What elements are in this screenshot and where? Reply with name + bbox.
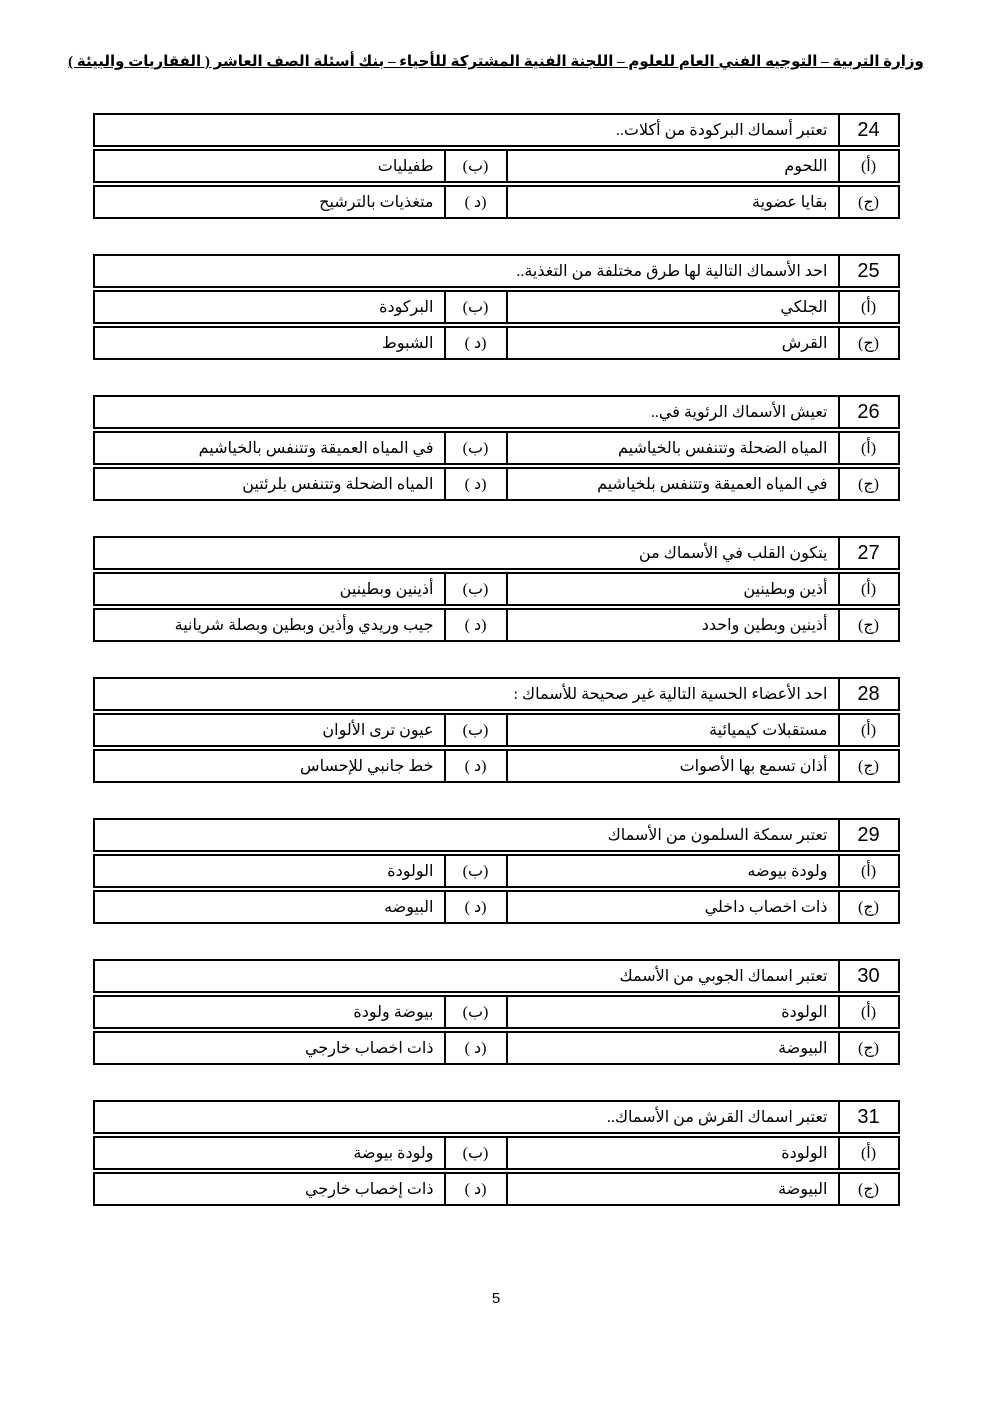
options-row-ab: (أ) الولودة (ب) بيوضة ولودة <box>93 995 900 1029</box>
option-a-label: (أ) <box>838 151 898 181</box>
option-d-text: ذات إخصاب خارجي <box>95 1174 444 1204</box>
option-b-label: (ب) <box>444 715 506 745</box>
option-b-text: في المياه العميقة وتتنفس بالخياشيم <box>95 433 444 463</box>
exam-page: { "header": { "title": "وزارة التربية – … <box>0 0 992 1403</box>
question-row: 27 يتكون القلب في الأسماك من <box>93 536 900 570</box>
option-b-label: (ب) <box>444 997 506 1027</box>
question-row: 24 تعتبر أسماك البركودة من أكلات.. <box>93 113 900 147</box>
option-d-label: (د ) <box>444 1174 506 1204</box>
option-d-text: البيوضه <box>95 892 444 922</box>
option-a-label: (أ) <box>838 574 898 604</box>
option-d-label: (د ) <box>444 187 506 217</box>
question-number: 26 <box>838 397 898 427</box>
options-row-cd: (ج) البيوضة (د ) ذات اخصاب خارجي <box>93 1031 900 1065</box>
option-c-text: القرش <box>506 328 838 358</box>
question-block-24: 24 تعتبر أسماك البركودة من أكلات.. (أ) ا… <box>93 113 900 219</box>
question-row: 25 احد الأسماك التالية لها طرق مختلفة من… <box>93 254 900 288</box>
option-d-text: الشبوط <box>95 328 444 358</box>
option-d-label: (د ) <box>444 892 506 922</box>
options-row-cd: (ج) البيوضة (د ) ذات إخصاب خارجي <box>93 1172 900 1206</box>
question-text: تعتبر اسماك الجوبي من الأسمك <box>95 961 838 991</box>
options-row-cd: (ج) في المياه العميقة وتتنفس بلخياشيم (د… <box>93 467 900 501</box>
option-a-label: (أ) <box>838 856 898 886</box>
option-c-label: (ج) <box>838 1174 898 1204</box>
question-number: 25 <box>838 256 898 286</box>
question-text: تعتبر اسماك القرش من الأسماك.. <box>95 1102 838 1132</box>
question-text: احد الأسماك التالية لها طرق مختلفة من ال… <box>95 256 838 286</box>
option-a-text: أذين وبطينين <box>506 574 838 604</box>
options-row-ab: (أ) الجلكي (ب) البركودة <box>93 290 900 324</box>
options-row-ab: (أ) اللحوم (ب) طفيليات <box>93 149 900 183</box>
option-c-text: أذينين وبطين واحدد <box>506 610 838 640</box>
option-d-label: (د ) <box>444 469 506 499</box>
option-a-label: (أ) <box>838 433 898 463</box>
option-b-text: عيون ترى الألوان <box>95 715 444 745</box>
option-c-text: أذان تسمع بها الأصوات <box>506 751 838 781</box>
option-b-text: أذينين وبطينين <box>95 574 444 604</box>
option-d-label: (د ) <box>444 610 506 640</box>
option-a-text: ولودة بيوضه <box>506 856 838 886</box>
options-row-ab: (أ) مستقبلات كيميائية (ب) عيون ترى الألو… <box>93 713 900 747</box>
question-text: يتكون القلب في الأسماك من <box>95 538 838 568</box>
question-block-26: 26 تعيش الأسماك الرئوية في.. (أ) المياه … <box>93 395 900 501</box>
option-a-label: (أ) <box>838 1138 898 1168</box>
options-row-ab: (أ) المياه الضحلة وتتنفس بالخياشيم (ب) ف… <box>93 431 900 465</box>
options-row-ab: (أ) الولودة (ب) ولودة بيوضة <box>93 1136 900 1170</box>
option-c-label: (ج) <box>838 187 898 217</box>
question-number: 31 <box>838 1102 898 1132</box>
question-number: 29 <box>838 820 898 850</box>
question-row: 31 تعتبر اسماك القرش من الأسماك.. <box>93 1100 900 1134</box>
option-b-label: (ب) <box>444 574 506 604</box>
question-number: 30 <box>838 961 898 991</box>
option-c-text: بقايا عضوية <box>506 187 838 217</box>
question-row: 29 تعتبر سمكة السلمون من الأسماك <box>93 818 900 852</box>
question-number: 28 <box>838 679 898 709</box>
option-a-text: الولودة <box>506 1138 838 1168</box>
option-b-text: البركودة <box>95 292 444 322</box>
options-row-ab: (أ) ولودة بيوضه (ب) الولودة <box>93 854 900 888</box>
option-b-text: طفيليات <box>95 151 444 181</box>
page-number: 5 <box>0 1290 992 1307</box>
option-a-text: الولودة <box>506 997 838 1027</box>
option-c-text: البيوضة <box>506 1033 838 1063</box>
options-row-cd: (ج) أذان تسمع بها الأصوات (د ) خط جانبي … <box>93 749 900 783</box>
question-block-27: 27 يتكون القلب في الأسماك من (أ) أذين وب… <box>93 536 900 642</box>
option-c-label: (ج) <box>838 751 898 781</box>
option-c-text: البيوضة <box>506 1174 838 1204</box>
question-number: 24 <box>838 115 898 145</box>
option-d-text: جيب وريدي وأذين وبطين وبصلة شريانية <box>95 610 444 640</box>
question-row: 26 تعيش الأسماك الرئوية في.. <box>93 395 900 429</box>
question-text: احد الأعضاء الحسية التالية غير صحيحة للأ… <box>95 679 838 709</box>
option-a-text: مستقبلات كيميائية <box>506 715 838 745</box>
option-b-text: الولودة <box>95 856 444 886</box>
option-a-text: المياه الضحلة وتتنفس بالخياشيم <box>506 433 838 463</box>
question-text: تعتبر سمكة السلمون من الأسماك <box>95 820 838 850</box>
option-a-text: الجلكي <box>506 292 838 322</box>
options-row-ab: (أ) أذين وبطينين (ب) أذينين وبطينين <box>93 572 900 606</box>
option-d-label: (د ) <box>444 328 506 358</box>
option-d-label: (د ) <box>444 751 506 781</box>
option-b-text: بيوضة ولودة <box>95 997 444 1027</box>
question-block-30: 30 تعتبر اسماك الجوبي من الأسمك (أ) الول… <box>93 959 900 1065</box>
question-number: 27 <box>838 538 898 568</box>
question-row: 30 تعتبر اسماك الجوبي من الأسمك <box>93 959 900 993</box>
option-b-text: ولودة بيوضة <box>95 1138 444 1168</box>
option-d-text: المياه الضحلة وتتنفس بلرئتين <box>95 469 444 499</box>
option-c-label: (ج) <box>838 328 898 358</box>
option-b-label: (ب) <box>444 151 506 181</box>
question-block-29: 29 تعتبر سمكة السلمون من الأسماك (أ) ولو… <box>93 818 900 924</box>
option-c-label: (ج) <box>838 610 898 640</box>
question-block-28: 28 احد الأعضاء الحسية التالية غير صحيحة … <box>93 677 900 783</box>
option-d-text: خط جانبي للإحساس <box>95 751 444 781</box>
option-a-text: اللحوم <box>506 151 838 181</box>
options-row-cd: (ج) أذينين وبطين واحدد (د ) جيب وريدي وأ… <box>93 608 900 642</box>
option-a-label: (أ) <box>838 715 898 745</box>
document-header-title: وزارة التربية – التوجيه الفني العام للعل… <box>0 52 992 71</box>
option-c-label: (ج) <box>838 892 898 922</box>
option-c-label: (ج) <box>838 1033 898 1063</box>
options-row-cd: (ج) بقايا عضوية (د ) متغذيات بالترشيح <box>93 185 900 219</box>
option-b-label: (ب) <box>444 856 506 886</box>
question-text: تعتبر أسماك البركودة من أكلات.. <box>95 115 838 145</box>
option-d-text: متغذيات بالترشيح <box>95 187 444 217</box>
question-row: 28 احد الأعضاء الحسية التالية غير صحيحة … <box>93 677 900 711</box>
question-block-25: 25 احد الأسماك التالية لها طرق مختلفة من… <box>93 254 900 360</box>
question-block-31: 31 تعتبر اسماك القرش من الأسماك.. (أ) ال… <box>93 1100 900 1206</box>
options-row-cd: (ج) القرش (د ) الشبوط <box>93 326 900 360</box>
option-c-label: (ج) <box>838 469 898 499</box>
option-a-label: (أ) <box>838 292 898 322</box>
option-a-label: (أ) <box>838 997 898 1027</box>
option-b-label: (ب) <box>444 433 506 463</box>
option-b-label: (ب) <box>444 292 506 322</box>
options-row-cd: (ج) ذات اخصاب داخلي (د ) البيوضه <box>93 890 900 924</box>
option-b-label: (ب) <box>444 1138 506 1168</box>
question-text: تعيش الأسماك الرئوية في.. <box>95 397 838 427</box>
option-d-label: (د ) <box>444 1033 506 1063</box>
option-c-text: في المياه العميقة وتتنفس بلخياشيم <box>506 469 838 499</box>
option-d-text: ذات اخصاب خارجي <box>95 1033 444 1063</box>
questions-area: 24 تعتبر أسماك البركودة من أكلات.. (أ) ا… <box>93 113 900 1206</box>
option-c-text: ذات اخصاب داخلي <box>506 892 838 922</box>
